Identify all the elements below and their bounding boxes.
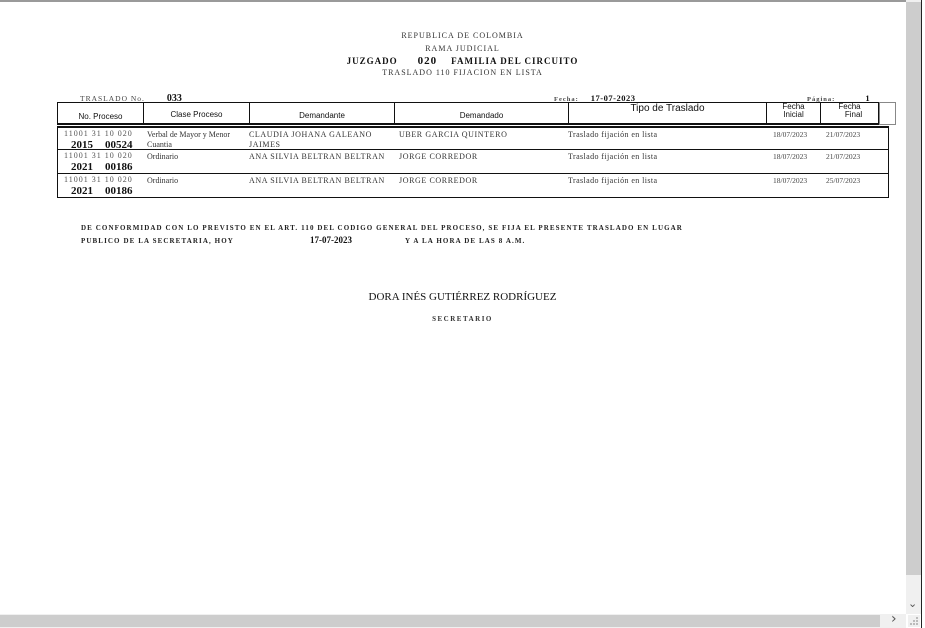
header-traslado-title: TRASLADO 110 FIJACION EN LISTA: [0, 68, 925, 77]
demandado: UBER GARCIA QUINTERO: [399, 130, 507, 140]
demandante: ANA SILVIA BELTRAN BELTRAN: [249, 152, 385, 162]
table-row: 11001 31 10 020202100186OrdinarioANA SIL…: [57, 150, 889, 174]
fecha-final: 25/07/2023: [826, 176, 860, 185]
fecha-inicial: 18/07/2023: [773, 152, 807, 161]
juzgado-number: 020: [418, 55, 438, 67]
proceso-year: 2021: [71, 185, 93, 197]
clase-proceso: Ordinario: [147, 152, 178, 162]
clase-proceso: Verbal de Mayor y MenorCuantia: [147, 130, 230, 150]
proceso-number: 00186: [105, 185, 133, 197]
proceso-number: 00186: [105, 161, 133, 173]
demandado: JORGE CORREDOR: [399, 152, 478, 162]
conformity-date: 17-07-2023: [310, 235, 352, 245]
scroll-right-icon[interactable]: ›: [891, 614, 897, 625]
fecha-inicial: 18/07/2023: [773, 130, 807, 139]
tipo-traslado: Traslado fijación en lista: [568, 152, 657, 162]
header-juzgado: JUZGADO020FAMILIA DEL CIRCUITO: [0, 55, 925, 67]
col-demandante: Demandante: [249, 102, 394, 125]
col-tipo-traslado: Tipo de Traslado: [568, 102, 766, 125]
demandante: ANA SILVIA BELTRAN BELTRAN: [249, 176, 385, 186]
fecha-final: 21/07/2023: [826, 152, 860, 161]
scroll-down-icon[interactable]: ⌄: [908, 598, 917, 609]
col-no-proceso: No. Proceso: [57, 102, 143, 125]
clase-proceso: Ordinario: [147, 176, 178, 186]
fecha-inicial: 18/07/2023: [773, 176, 807, 185]
proceso-prefix: 11001 31 10 020: [64, 151, 133, 160]
window-right-edge: [921, 0, 925, 628]
conformity-paragraph-line1: DE CONFORMIDAD CON LO PREVISTO EN EL ART…: [81, 224, 683, 232]
col-fecha-inicial: FechaInicial: [766, 102, 820, 125]
conformity-hour: Y A LA HORA DE LAS 8 A.M.: [405, 237, 525, 245]
col-fecha-final: FechaFinal: [820, 102, 879, 125]
table-row: 11001 31 10 020202100186OrdinarioANA SIL…: [57, 174, 889, 198]
proceso-year: 2021: [71, 161, 93, 173]
table-row: 11001 31 10 020201500524Verbal de Mayor …: [57, 126, 889, 150]
demandado: JORGE CORREDOR: [399, 176, 478, 186]
juzgado-label: JUZGADO: [347, 56, 398, 66]
col-clase-proceso: Clase Proceso: [143, 102, 249, 125]
table-header: No. Proceso Clase Proceso Demandante Dem…: [57, 102, 896, 125]
vertical-scroll-thumb[interactable]: [906, 2, 921, 575]
signer-name: DORA INÉS GUTIÉRREZ RODRÍGUEZ: [0, 291, 925, 303]
vertical-scrollbar[interactable]: ⌄: [906, 0, 921, 614]
header-rama: RAMA JUDICIAL: [0, 44, 925, 53]
col-empty: [879, 102, 896, 125]
horizontal-scrollbar[interactable]: ›: [0, 614, 906, 628]
proceso-prefix: 11001 31 10 020: [64, 175, 133, 184]
juzgado-name: FAMILIA DEL CIRCUITO: [451, 56, 578, 66]
fecha-final: 21/07/2023: [826, 130, 860, 139]
resize-grip-icon[interactable]: [908, 615, 920, 627]
proceso-prefix: 11001 31 10 020: [64, 129, 133, 138]
demandante: CLAUDIA JOHANA GALEANOJAIMES: [249, 130, 372, 150]
horizontal-scroll-thumb[interactable]: [0, 615, 880, 627]
tipo-traslado: Traslado fijación en lista: [568, 176, 657, 186]
header-republic: REPUBLICA DE COLOMBIA: [0, 31, 925, 40]
tipo-traslado: Traslado fijación en lista: [568, 130, 657, 140]
conformity-paragraph-line2: PUBLICO DE LA SECRETARIA, HOY: [81, 237, 234, 245]
signer-role: SECRETARIO: [0, 315, 925, 323]
col-demandado: Demandado: [394, 102, 568, 125]
